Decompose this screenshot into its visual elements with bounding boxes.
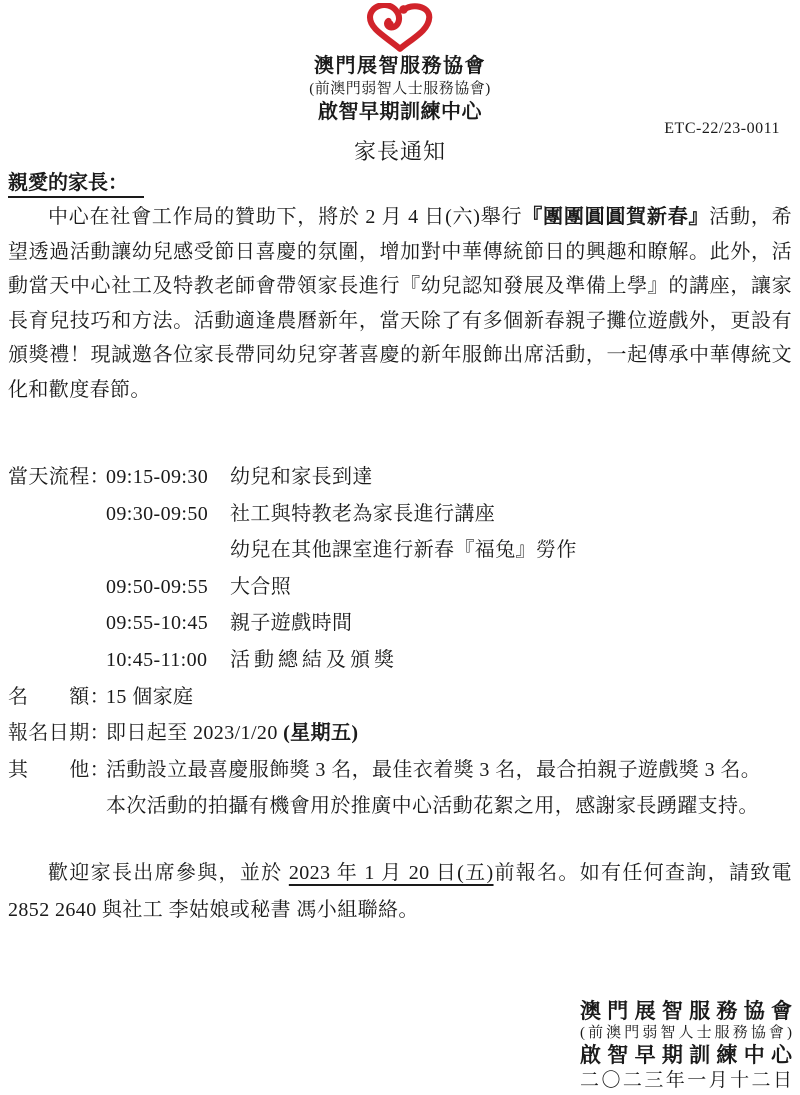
organization-name: 澳門展智服務協會	[8, 53, 792, 79]
detail-value: 即日起至 2023/1/20 (星期五)	[106, 715, 792, 752]
organization-former-name: (前澳門弱智人士服務協會)	[8, 79, 792, 99]
detail-value: 活動設立最喜慶服飾獎 3 名，最佳衣着獎 3 名，最合拍親子遊戲獎 3 名。	[106, 752, 792, 789]
signature-date: 二〇二三年一月十二日	[580, 1069, 792, 1093]
schedule-desc: 活動總結及頒獎	[230, 642, 792, 679]
schedule-desc: 社工與特教老為家長進行講座	[230, 496, 792, 533]
heart-spiral-dot	[386, 20, 393, 27]
closing-paragraph: 歡迎家長出席參與，並於 2023 年 1 月 20 日(五)前報名。如有任何查詢…	[8, 855, 792, 929]
deadline-weekday-bold: (星期五)	[283, 722, 358, 744]
intro-text-post: 活動，希望透過活動讓幼兒感受節日喜慶的氛圍，增加對中華傳統節日的興趣和瞭解。此外…	[8, 206, 792, 401]
schedule-label	[8, 569, 106, 606]
schedule-label	[8, 496, 106, 533]
salutation-text: 親愛的家長：	[8, 170, 144, 198]
detail-row-other: 其 他： 活動設立最喜慶服飾獎 3 名，最佳衣着獎 3 名，最合拍親子遊戲獎 3…	[8, 752, 792, 789]
schedule-time: 09:55-10:45	[106, 605, 230, 642]
schedule-row: 幼兒在其他課室進行新春『福兔』勞作	[8, 532, 792, 569]
heart-left-spiral	[370, 5, 400, 49]
signature-center-name: 啟智早期訓練中心	[580, 1043, 792, 1067]
schedule-label	[8, 642, 106, 679]
detail-row-quota: 名 額： 15 個家庭	[8, 679, 792, 716]
schedule-label: 當天流程：	[8, 459, 106, 496]
intro-paragraph: 中心在社會工作局的贊助下，將於 2 月 4 日(六)舉行『團團圓圓賀新春』活動，…	[8, 200, 792, 407]
schedule-time	[106, 532, 230, 569]
document-title: 家長通知	[8, 138, 792, 166]
detail-label: 名 額：	[8, 679, 106, 716]
detail-label: 其 他：	[8, 752, 106, 789]
schedule-row: 09:30-09:50 社工與特教老為家長進行講座	[8, 496, 792, 533]
signature-former-name: (前澳門弱智人士服務協會)	[580, 1023, 792, 1043]
signature-block: 澳門展智服務協會 (前澳門弱智人士服務協會) 啟智早期訓練中心 二〇二三年一月十…	[580, 999, 792, 1093]
closing-deadline-underlined: 2023 年 1 月 20 日(五)	[289, 862, 494, 884]
detail-label: 報名日期：	[8, 715, 106, 752]
detail-value: 本次活動的拍攝有機會用於推廣中心活動花絮之用，感謝家長踴躍支持。	[106, 788, 792, 825]
schedule-time: 09:15-09:30	[106, 459, 230, 496]
closing-text-pre: 歡迎家長出席參與，並於	[48, 862, 289, 884]
schedule-row: 09:55-10:45 親子遊戲時間	[8, 605, 792, 642]
detail-row-deadline: 報名日期： 即日起至 2023/1/20 (星期五)	[8, 715, 792, 752]
detail-label	[8, 788, 106, 825]
detail-row-other-cont: 本次活動的拍攝有機會用於推廣中心活動花絮之用，感謝家長踴躍支持。	[8, 788, 792, 825]
deadline-date: 即日起至 2023/1/20	[106, 722, 283, 744]
schedule-row: 09:50-09:55 大合照	[8, 569, 792, 606]
schedule-time: 10:45-11:00	[106, 642, 230, 679]
schedule-desc: 幼兒和家長到達	[230, 459, 792, 496]
schedule-label	[8, 605, 106, 642]
detail-value: 15 個家庭	[106, 679, 792, 716]
reference-number: ETC-22/23-0011	[664, 120, 780, 138]
schedule-row: 當天流程： 09:15-09:30 幼兒和家長到達	[8, 459, 792, 496]
schedule-time: 09:50-09:55	[106, 569, 230, 606]
heart-icon	[361, 3, 439, 53]
schedule-row: 10:45-11:00 活動總結及頒獎	[8, 642, 792, 679]
schedule-desc: 幼兒在其他課室進行新春『福兔』勞作	[230, 532, 792, 569]
schedule-label	[8, 532, 106, 569]
schedule-desc: 大合照	[230, 569, 792, 606]
document-header: 澳門展智服務協會 (前澳門弱智人士服務協會) 啟智早期訓練中心 家長通知	[8, 3, 792, 166]
event-info-block: 當天流程： 09:15-09:30 幼兒和家長到達 09:30-09:50 社工…	[8, 459, 792, 825]
parent-notice-document: ETC-22/23-0011 澳門展智服務協會 (前澳門弱智人士服務協會) 啟智…	[0, 0, 800, 1095]
schedule-desc: 親子遊戲時間	[230, 605, 792, 642]
event-name-bold: 『團團圓圓賀新春』	[522, 206, 709, 228]
signature-organization: 澳門展智服務協會	[580, 999, 792, 1023]
salutation: 親愛的家長：	[8, 170, 792, 198]
schedule-time: 09:30-09:50	[106, 496, 230, 533]
intro-text-pre: 中心在社會工作局的贊助下，將於 2 月 4 日(六)舉行	[48, 206, 522, 228]
heart-top-dot	[399, 5, 408, 14]
